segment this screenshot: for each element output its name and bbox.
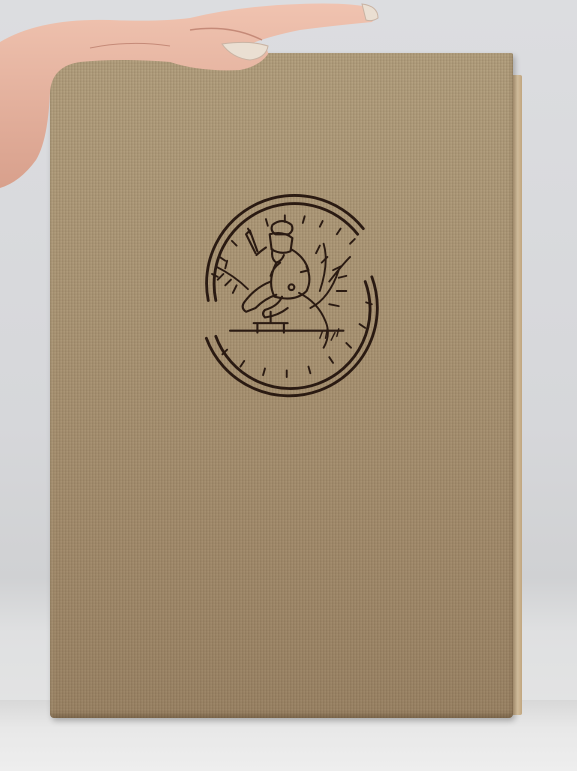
cover-emblem-illustration [178, 182, 386, 400]
book-page-edge [513, 75, 522, 715]
